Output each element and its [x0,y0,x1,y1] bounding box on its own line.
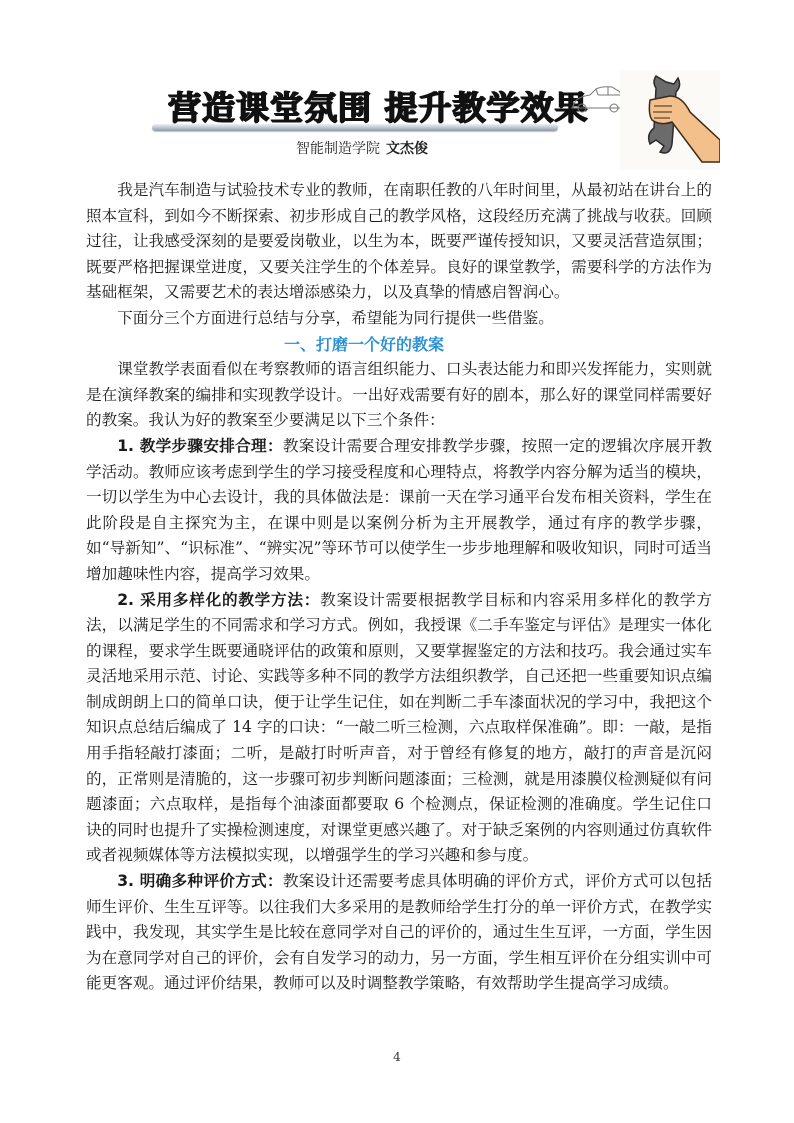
page-title: 营造课堂氛围 提升教学效果 [168,82,548,129]
article-body: 我是汽车制造与试验技术专业的教师，在南职任教的八年时间里，从最初站在讲台上的照本… [86,178,712,997]
page-number: 4 [0,1050,794,1064]
department: 智能制造学院 [296,141,380,157]
list-item: 2. 采用多样化的教学方法：教案设计需要根据教学目标和内容采用多样化的教学方法，… [86,588,712,870]
intro-paragraph: 我是汽车制造与试验技术专业的教师，在南职任教的八年时间里，从最初站在讲台上的照本… [86,178,712,306]
list-item: 1. 教学步骤安排合理：教案设计需要合理安排教学步骤，按照一定的逻辑次序展开教学… [86,434,712,588]
item-text: 教案设计需要根据教学目标和内容采用多样化的教学方法，以满足学生的不同需求和学习方… [86,591,712,865]
header-illustration [568,70,728,170]
item-lead: 2. 采用多样化的教学方法： [117,591,320,609]
list-item: 3. 明确多种评价方式：教案设计还需要考虑具体明确的评价方式，评价方式可以包括师… [86,869,712,997]
title-underline-bar [152,124,558,131]
intro-paragraph: 下面分三个方面进行总结与分享，希望能为同行提供一些借鉴。 [86,306,712,332]
section-intro: 课堂教学表面看似在考察教师的语言组织能力、口头表达能力和即兴发挥能力，实则就是在… [86,357,712,434]
item-lead: 3. 明确多种评价方式： [117,872,283,890]
item-lead: 1. 教学步骤安排合理： [117,437,283,455]
item-text: 教案设计还需要考虑具体明确的评价方式，评价方式可以包括师生评价、生生互评等。以往… [86,872,712,992]
author-name: 文杰俊 [386,141,428,157]
byline: 智能制造学院文杰俊 [296,138,428,158]
item-text: 教案设计需要合理安排教学步骤，按照一定的逻辑次序展开教学活动。教师应该考虑到学生… [86,437,712,583]
section-heading: 一、打磨一个好的教案 [86,332,712,358]
page-header: 营造课堂氛围 提升教学效果 智能制造学院文杰俊 [0,0,794,175]
wrench-in-hand-icon [620,70,720,170]
